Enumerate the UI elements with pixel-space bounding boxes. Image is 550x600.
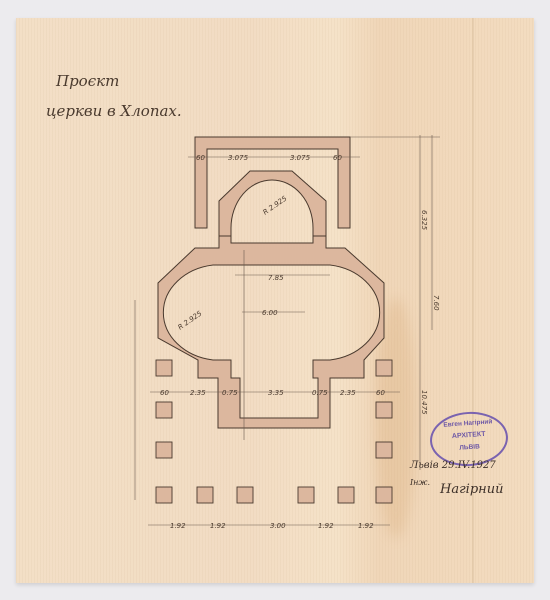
svg-text:2.35: 2.35 [340, 389, 356, 397]
svg-text:3.075: 3.075 [228, 154, 249, 162]
signature: Нагірний [440, 482, 503, 497]
svg-text:R 2.925: R 2.925 [262, 194, 289, 216]
frame-wall [195, 137, 350, 228]
svg-text:7.85: 7.85 [268, 274, 284, 282]
svg-text:3.075: 3.075 [290, 154, 311, 162]
floor-plan: 60 3.075 3.075 60 7.85 6.00 R 2.925 R 2.… [0, 0, 550, 600]
svg-text:1.92: 1.92 [210, 522, 226, 530]
svg-text:60: 60 [333, 154, 342, 162]
svg-text:6.00: 6.00 [262, 309, 278, 317]
svg-text:7.60: 7.60 [432, 295, 440, 311]
pillars [156, 360, 392, 503]
svg-text:3.35: 3.35 [268, 389, 284, 397]
svg-text:1.92: 1.92 [358, 522, 374, 530]
svg-text:6.325: 6.325 [420, 210, 428, 231]
place-date: Львів 29.IV.1927 [410, 460, 496, 471]
walls [158, 137, 384, 428]
svg-text:0.75: 0.75 [312, 389, 328, 397]
svg-text:1.92: 1.92 [318, 522, 334, 530]
svg-text:3.00: 3.00 [270, 522, 286, 530]
svg-text:0.75: 0.75 [222, 389, 238, 397]
signature-prefix: Інж. [410, 478, 430, 487]
svg-text:2.35: 2.35 [190, 389, 206, 397]
svg-text:10.475: 10.475 [420, 390, 428, 415]
svg-text:60: 60 [160, 389, 169, 397]
svg-text:R 2.925: R 2.925 [177, 309, 204, 331]
svg-text:60: 60 [196, 154, 205, 162]
body-wall [158, 236, 384, 428]
svg-text:60: 60 [376, 389, 385, 397]
svg-text:1.92: 1.92 [170, 522, 186, 530]
